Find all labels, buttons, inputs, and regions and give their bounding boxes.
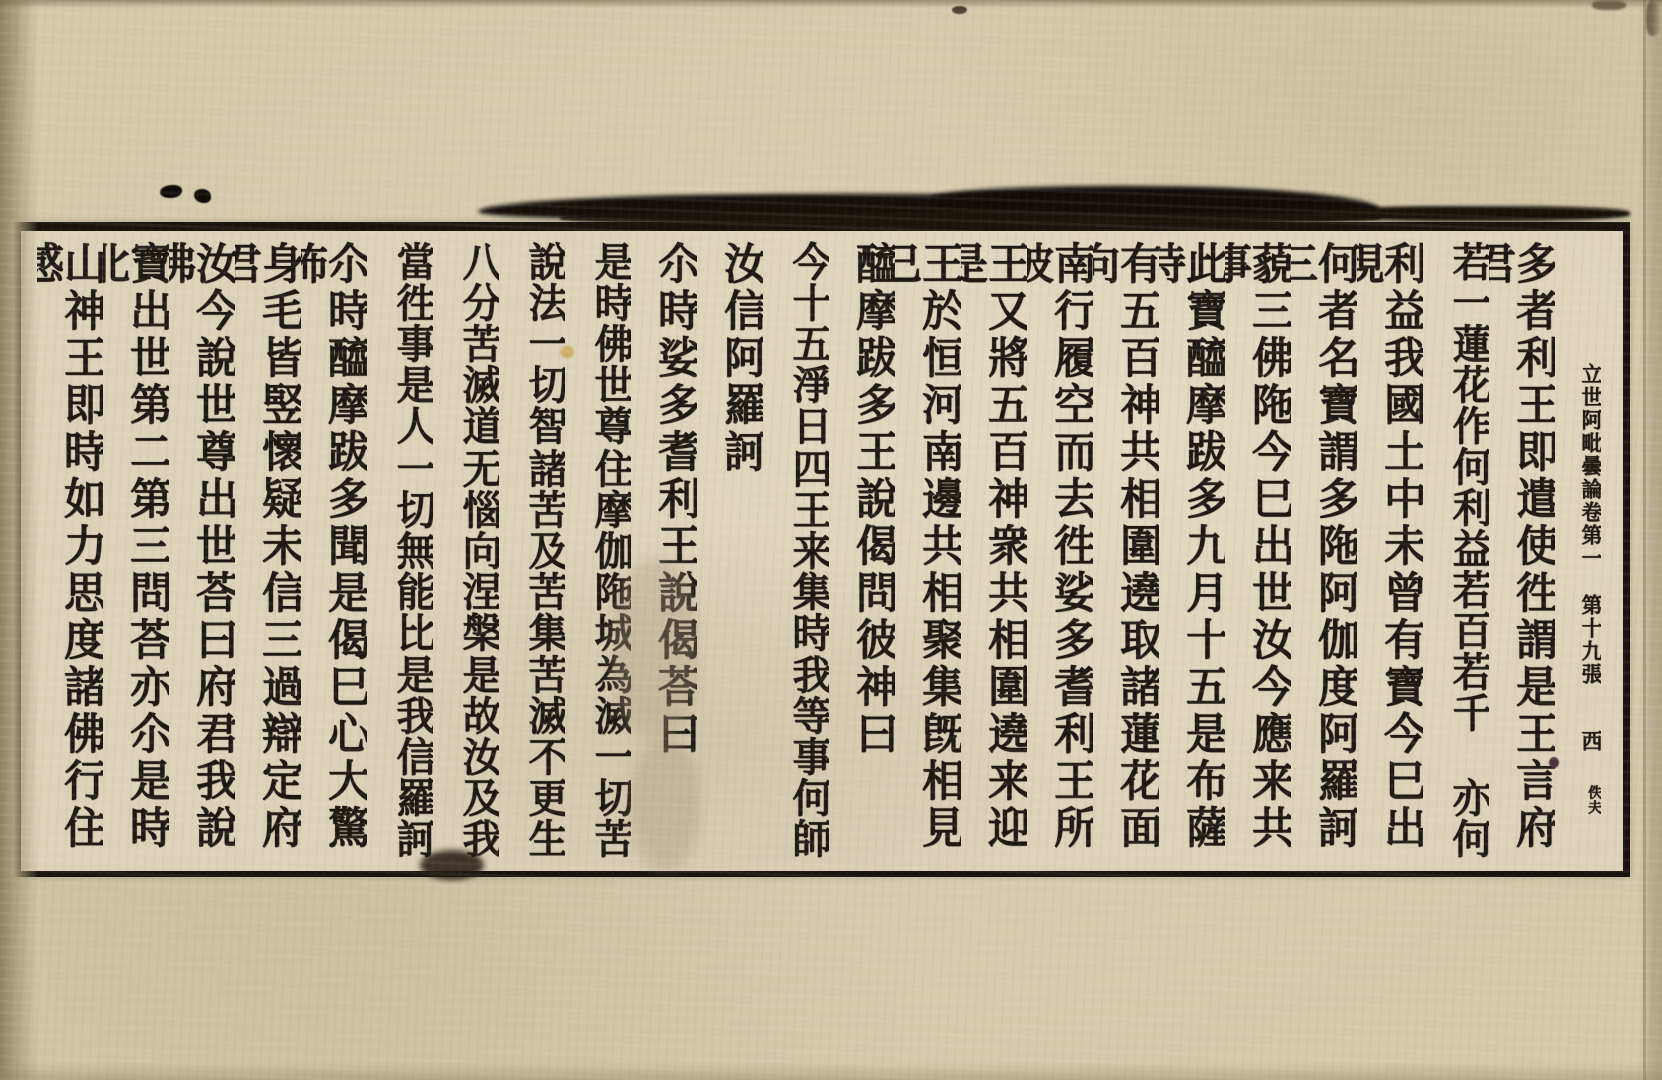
ink-smudge-top (930, 183, 1380, 223)
text-segment: 是我信羅訶 (367, 654, 433, 859)
text-segment: 汝信阿羅訶 (697, 241, 763, 476)
text-segment: 藐三佛陁今巳出世汝今應来共事 (1225, 241, 1291, 859)
paper-edge (0, 0, 1662, 8)
text-segment: 說法一切智 (499, 241, 565, 446)
text-segment: 南行履空而去徃娑多耆利王所彼 (1027, 241, 1093, 859)
text-segment: 醯摩跋多王說偈問彼神曰 (829, 241, 895, 758)
sheet-label-column: 立世阿毗曇論卷第一 第十九張 西 佚夫 (1555, 241, 1601, 859)
text-segment: 四王来集時 (763, 448, 829, 653)
text-column-23: 山神王即時如力思度諸佛行住感 (37, 241, 103, 859)
text-segment: 今十五淨日 (763, 241, 829, 446)
text-segment: 八分苦滅道 (433, 241, 499, 446)
text-frame: 立世阿毗曇論卷第一 第十九張 西 佚夫 多者利王即遣使徃謂是王言府君若一蓮花作何… (14, 222, 1630, 877)
text-column-18: 當徃事是人一切無能比是我信羅訶 (367, 241, 433, 859)
paper-edge (0, 1062, 1662, 1080)
sheet-label-title: 立世阿毗曇論卷第一 (1555, 363, 1601, 570)
text-column-13: 汝信阿羅訶 (697, 241, 763, 859)
text-column-3: 利益我國土中未曾有寶今巳出現 (1357, 241, 1423, 859)
text-segment: 何者名寶謂多陁阿伽度阿羅訶三 (1291, 241, 1357, 859)
ink-blot (160, 185, 182, 198)
text-segment: 利益我國土中未曾有寶今巳出現 (1357, 241, 1423, 859)
siglum: 西 (1555, 730, 1601, 753)
text-column-10: 王於恒河南邊共相聚集旣相見巳 (895, 241, 961, 859)
text-columns: 立世阿毗曇論卷第一 第十九張 西 佚夫 多者利王即遣使徃謂是王言府君若一蓮花作何… (37, 241, 1601, 859)
text-column-17: 八分苦滅道无惱向涅槃是故汝及我 (433, 241, 499, 859)
text-column-20: 身毛皆竪懷疑未信三過辯定府君 (235, 241, 301, 859)
text-segment: 諸苦及苦集 (499, 448, 565, 653)
text-segment: 一切無能比 (367, 448, 433, 653)
text-segment: 身毛皆竪懷疑未信三過辯定府君 (235, 241, 301, 859)
text-segment: 多者利王即遣使徃謂是王言府君 (1489, 241, 1555, 859)
text-segment: 住摩伽陁城 (565, 448, 631, 653)
text-column-15: 是時佛世尊住摩伽陁城為滅一切苦 (565, 241, 631, 859)
sheet-number: 第十九張 (1555, 594, 1601, 686)
paper-edge (1640, 0, 1662, 1080)
text-column-6: 此寶醯摩跋多九月十五是布薩時 (1159, 241, 1225, 859)
text-segment: 我等事何師 (763, 654, 829, 859)
text-segment: 苦滅不更生 (499, 654, 565, 859)
text-column-9: 王又將五百神衆共相圍遶来迎是 (961, 241, 1027, 859)
text-segment: 當徃事是人 (367, 241, 433, 446)
text-segment: 山神王即時如力思度諸佛行住感 (37, 241, 103, 859)
text-column-19: 尒時醯摩跋多聞是偈巳心大驚怖 (301, 241, 367, 859)
text-segment: 有五百神共相圍遶取諸蓮花面向 (1093, 241, 1159, 859)
text-segment: 是故汝及我 (433, 654, 499, 859)
text-column-7: 有五百神共相圍遶取諸蓮花面向 (1093, 241, 1159, 859)
text-segment: 寶出世第二第三問荅亦尒是時北 (103, 241, 169, 859)
ink-smudge-top (478, 191, 1048, 223)
ink-smudge-top (1330, 206, 1630, 221)
text-column-5: 藐三佛陁今巳出世汝今應来共事 (1225, 241, 1291, 859)
text-column-14: 尒時娑多耆利王說偈荅曰 (631, 241, 697, 859)
carver-name: 佚夫 (1555, 785, 1601, 815)
binding-edge (0, 0, 38, 1080)
text-column-8: 南行履空而去徃娑多耆利王所彼 (1027, 241, 1093, 859)
text-column-22: 寶出世第二第三問荅亦尒是時北 (103, 241, 169, 859)
text-segment: 尒時醯摩跋多聞是偈巳心大驚怖 (301, 241, 367, 859)
text-segment: 為滅一切苦 (565, 654, 631, 859)
text-segment: 此寶醯摩跋多九月十五是布薩時 (1159, 241, 1225, 859)
text-segment: 王又將五百神衆共相圍遶来迎是 (961, 241, 1027, 859)
manuscript-page: 立世阿毗曇論卷第一 第十九張 西 佚夫 多者利王即遣使徃謂是王言府君若一蓮花作何… (0, 0, 1662, 1080)
text-segment: 王於恒河南邊共相聚集旣相見巳 (895, 241, 961, 859)
text-column-12: 今十五淨日四王来集時我等事何師 (763, 241, 829, 859)
text-segment: 无惱向涅槃 (433, 448, 499, 653)
text-column-21: 汝今說世尊出世荅曰府君我說佛 (169, 241, 235, 859)
text-segment: 若一蓮花作何利益若百若千 (1423, 241, 1489, 733)
text-segment: 尒時娑多耆利王說偈荅曰 (631, 241, 697, 758)
text-column-16: 說法一切智諸苦及苦集苦滅不更生 (499, 241, 565, 859)
text-column-11: 醯摩跋多王說偈問彼神曰 (829, 241, 895, 859)
ink-blot (194, 189, 211, 203)
text-segment: 是時佛世尊 (565, 241, 631, 446)
text-segment: 汝今說世尊出世荅曰府君我說佛 (169, 241, 235, 859)
text-column-2: 若一蓮花作何利益若百若千亦何 (1423, 241, 1489, 859)
text-column-4: 何者名寶謂多陁阿伽度阿羅訶三 (1291, 241, 1357, 859)
text-segment: 亦何 (1423, 777, 1489, 859)
text-column-1: 多者利王即遣使徃謂是王言府君 (1489, 241, 1555, 859)
